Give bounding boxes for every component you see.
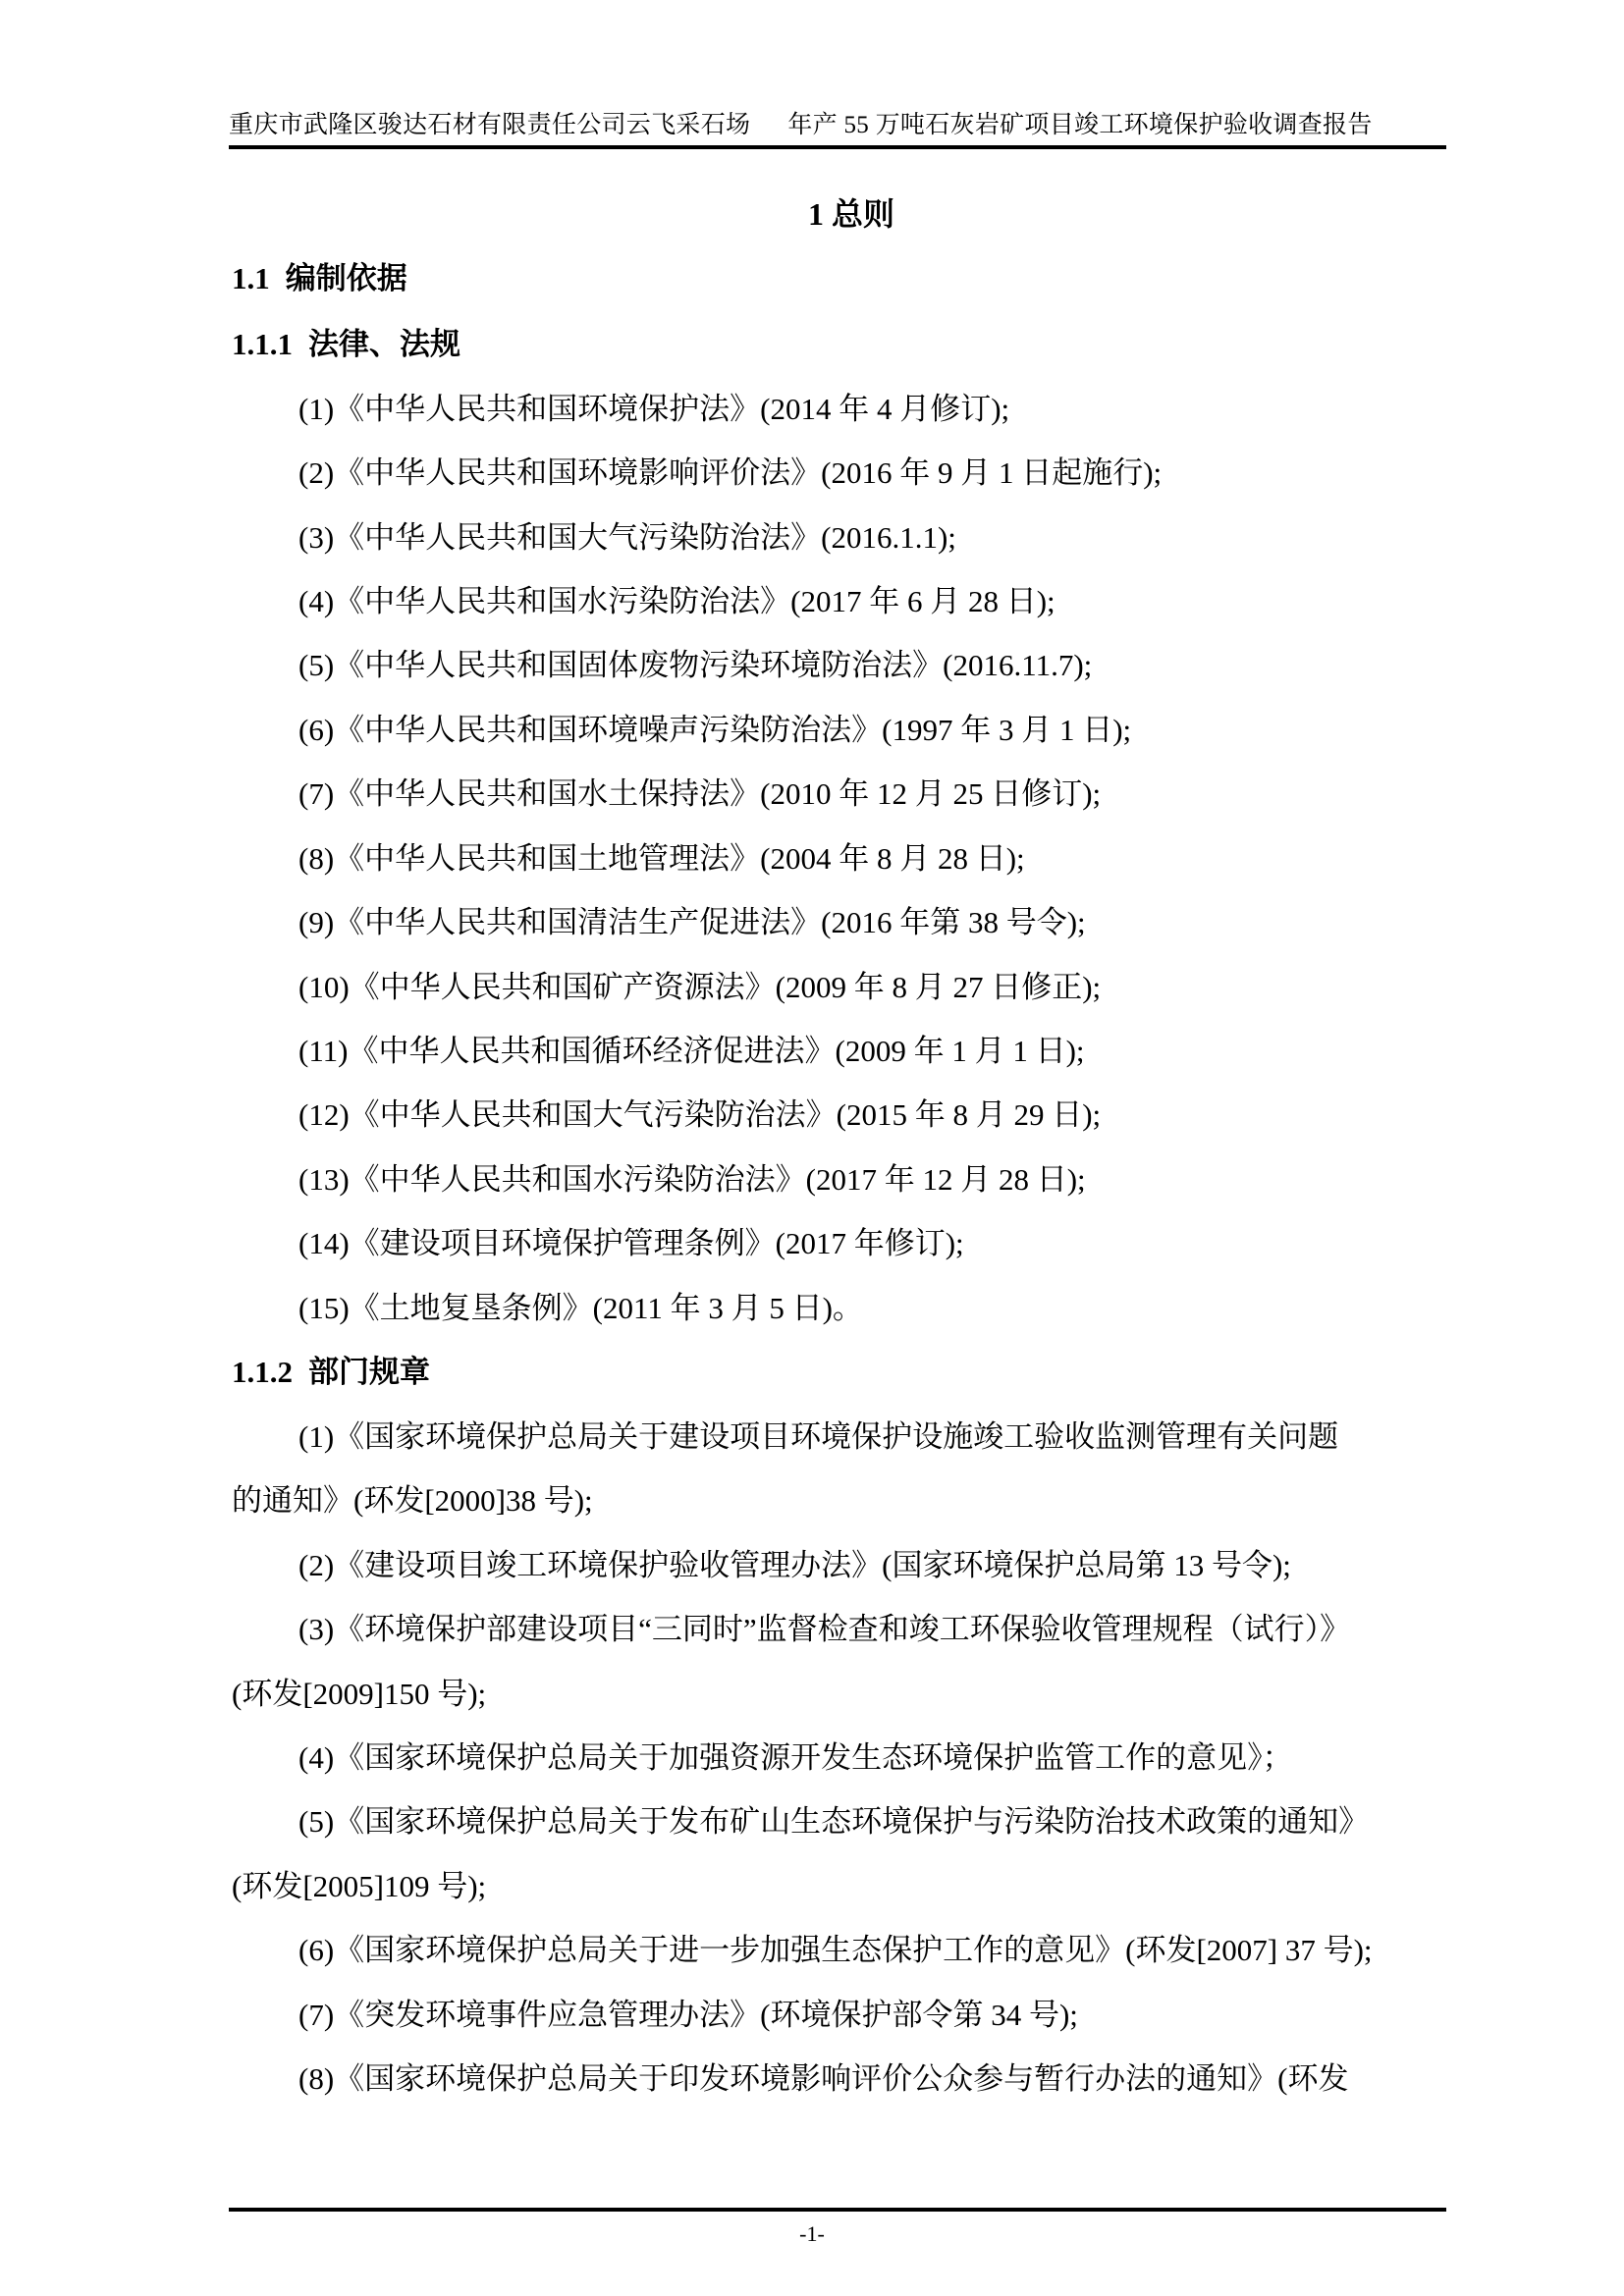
regulation-item-1-line-2: 的通知》(环发[2000]38 号); <box>232 1479 593 1522</box>
law-item-14: (14)《建设项目环境保护管理条例》(2017 年修订); <box>298 1222 964 1265</box>
regulation-item-6: (6)《国家环境保护总局关于进一步加强生态保护工作的意见》(环发[2007] 3… <box>298 1929 1373 1972</box>
section-title: 编制依据 <box>286 261 407 295</box>
running-header: 重庆市武隆区骏达石材有限责任公司云飞采石场年产 55 万吨石灰岩矿项目竣工环境保… <box>229 110 1446 141</box>
section-number: 1.1.2 <box>232 1351 293 1394</box>
regulation-item-4: (4)《国家环境保护总局关于加强资源开发生态环境保护监管工作的意见》； <box>298 1736 1293 1780</box>
regulation-item-1-line-1: (1)《国家环境保护总局关于建设项目环境保护设施竣工验收监测管理有关问题 <box>298 1415 1338 1459</box>
page-number: -1- <box>0 2220 1624 2248</box>
regulation-item-5-line-1: (5)《国家环境保护总局关于发布矿山生态环境保护与污染防治技术政策的通知》 <box>298 1800 1369 1843</box>
law-item-4: (4)《中华人民共和国水污染防治法》(2017 年 6 月 28 日); <box>298 580 1056 623</box>
footer-rule <box>229 2208 1446 2212</box>
section-title: 法律、法规 <box>308 327 460 361</box>
law-item-10: (10)《中华人民共和国矿产资源法》(2009 年 8 月 27 日修正); <box>298 966 1101 1009</box>
regulation-item-7: (7)《突发环境事件应急管理办法》(环境保护部令第 34 号); <box>298 1994 1078 2037</box>
chapter-title: 1 总则 <box>0 192 1624 236</box>
law-item-7: (7)《中华人民共和国水土保持法》(2010 年 12 月 25 日修订); <box>298 773 1101 816</box>
section-heading-1-1-2: 1.1.2部门规章 <box>232 1351 430 1394</box>
law-item-11: (11)《中华人民共和国循环经济促进法》(2009 年 1 月 1 日); <box>298 1030 1085 1073</box>
law-item-8: (8)《中华人民共和国土地管理法》(2004 年 8 月 28 日); <box>298 837 1025 881</box>
section-heading-1-1: 1.1编制依据 <box>232 257 407 300</box>
regulation-item-3-line-2: (环发[2009]150 号); <box>232 1673 486 1716</box>
section-title: 部门规章 <box>308 1355 430 1389</box>
law-item-12: (12)《中华人民共和国大气污染防治法》(2015 年 8 月 29 日); <box>298 1094 1101 1137</box>
law-item-9: (9)《中华人民共和国清洁生产促进法》(2016 年第 38 号令); <box>298 901 1086 944</box>
law-item-5: (5)《中华人民共和国固体废物污染环境防治法》(2016.11.7); <box>298 644 1092 687</box>
section-number: 1.1 <box>232 257 270 300</box>
header-rule <box>229 145 1446 149</box>
law-item-1: (1)《中华人民共和国环境保护法》(2014 年 4 月修订); <box>298 388 1009 431</box>
regulation-item-8-line-1: (8)《国家环境保护总局关于印发环境影响评价公众参与暂行办法的通知》(环发 <box>298 2057 1348 2101</box>
section-heading-1-1-1: 1.1.1法律、法规 <box>232 323 460 366</box>
law-item-6: (6)《中华人民共和国环境噪声污染防治法》(1997 年 3 月 1 日); <box>298 709 1131 752</box>
document-page: 重庆市武隆区骏达石材有限责任公司云飞采石场年产 55 万吨石灰岩矿项目竣工环境保… <box>0 0 1624 2296</box>
header-company: 重庆市武隆区骏达石材有限责任公司云飞采石场 <box>229 112 750 138</box>
law-item-15: (15)《土地复垦条例》(2011 年 3 月 5 日)。 <box>298 1287 863 1330</box>
law-item-13: (13)《中华人民共和国水污染防治法》(2017 年 12 月 28 日); <box>298 1158 1086 1201</box>
regulation-item-3-line-1: (3)《环境保护部建设项目“三同时”监督检查和竣工环保验收管理规程（试行）》 <box>298 1608 1350 1651</box>
regulation-item-5-line-2: (环发[2005]109 号); <box>232 1865 486 1908</box>
law-item-2: (2)《中华人民共和国环境影响评价法》(2016 年 9 月 1 日起施行); <box>298 452 1162 495</box>
regulation-item-2: (2)《建设项目竣工环境保护验收管理办法》(国家环境保护总局第 13 号令); <box>298 1544 1291 1587</box>
law-item-3: (3)《中华人民共和国大气污染防治法》(2016.1.1); <box>298 516 956 560</box>
section-number: 1.1.1 <box>232 323 293 366</box>
header-report-title: 年产 55 万吨石灰岩矿项目竣工环境保护验收调查报告 <box>787 112 1372 138</box>
